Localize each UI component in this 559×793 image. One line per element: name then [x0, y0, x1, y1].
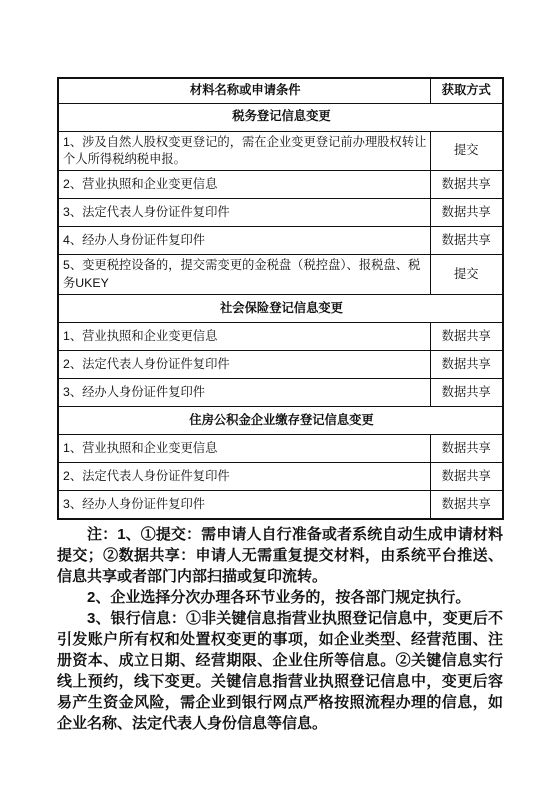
acquisition-method-cell: 提交: [430, 255, 503, 295]
section-title-row-social-insurance: 社会保险登记信息变更: [58, 295, 503, 323]
table-row: 1、营业执照和企业变更信息 数据共享: [58, 435, 503, 463]
acquisition-method-cell: 提交: [430, 131, 503, 171]
section-title-tax: 税务登记信息变更: [58, 103, 503, 131]
material-name-cell: 2、营业执照和企业变更信息: [58, 171, 430, 199]
acquisition-method-cell: 数据共享: [430, 199, 503, 227]
material-name-cell: 5、变更税控设备的，提交需变更的金税盘（税控盘）、报税盘、税务UKEY: [58, 255, 430, 295]
column-header-material-name: 材料名称或申请条件: [58, 78, 430, 103]
note-paragraph-1: 注：1、①提交：需申请人自行准备或者系统自动生成申请材料提交；②数据共享：申请人…: [57, 524, 503, 587]
material-name-cell: 3、经办人身份证件复印件: [58, 379, 430, 407]
material-name-cell: 2、法定代表人身份证件复印件: [58, 351, 430, 379]
section-title-social-insurance: 社会保险登记信息变更: [58, 295, 503, 323]
section-title-housing-fund: 住房公积金企业缴存登记信息变更: [58, 407, 503, 435]
table-row: 2、法定代表人身份证件复印件 数据共享: [58, 351, 503, 379]
notes-block: 注：1、①提交：需申请人自行准备或者系统自动生成申请材料提交；②数据共享：申请人…: [57, 524, 503, 734]
material-name-cell: 2、法定代表人身份证件复印件: [58, 463, 430, 491]
acquisition-method-cell: 数据共享: [430, 463, 503, 491]
note-paragraph-2: 2、企业选择分次办理各环节业务的，按各部门规定执行。: [57, 587, 503, 608]
table-row: 2、营业执照和企业变更信息 数据共享: [58, 171, 503, 199]
acquisition-method-cell: 数据共享: [430, 491, 503, 519]
material-name-cell: 3、经办人身份证件复印件: [58, 491, 430, 519]
note-paragraph-3: 3、银行信息：①非关键信息指营业执照登记信息中，变更后不引发账户所有权和处置权变…: [57, 608, 503, 734]
acquisition-method-cell: 数据共享: [430, 351, 503, 379]
table-row: 5、变更税控设备的，提交需变更的金税盘（税控盘）、报税盘、税务UKEY 提交: [58, 255, 503, 295]
acquisition-method-cell: 数据共享: [430, 379, 503, 407]
table-header-row: 材料名称或申请条件 获取方式: [58, 78, 503, 103]
material-name-cell: 1、营业执照和企业变更信息: [58, 323, 430, 351]
table-row: 1、营业执照和企业变更信息 数据共享: [58, 323, 503, 351]
acquisition-method-cell: 数据共享: [430, 323, 503, 351]
table-row: 3、法定代表人身份证件复印件 数据共享: [58, 199, 503, 227]
material-name-cell: 1、涉及自然人股权变更登记的，需在企业变更登记前办理股权转让个人所得税纳税申报。: [58, 131, 430, 171]
acquisition-method-cell: 数据共享: [430, 435, 503, 463]
material-name-cell: 4、经办人身份证件复印件: [58, 227, 430, 255]
table-row: 3、经办人身份证件复印件 数据共享: [58, 379, 503, 407]
materials-table: 材料名称或申请条件 获取方式 税务登记信息变更 1、涉及自然人股权变更登记的，需…: [57, 77, 504, 520]
column-header-acquisition-method: 获取方式: [430, 78, 503, 103]
table-row: 1、涉及自然人股权变更登记的，需在企业变更登记前办理股权转让个人所得税纳税申报。…: [58, 131, 503, 171]
material-name-cell: 3、法定代表人身份证件复印件: [58, 199, 430, 227]
acquisition-method-cell: 数据共享: [430, 227, 503, 255]
table-row: 3、经办人身份证件复印件 数据共享: [58, 491, 503, 519]
acquisition-method-cell: 数据共享: [430, 171, 503, 199]
section-title-row-housing-fund: 住房公积金企业缴存登记信息变更: [58, 407, 503, 435]
document-page: 材料名称或申请条件 获取方式 税务登记信息变更 1、涉及自然人股权变更登记的，需…: [0, 0, 559, 793]
section-title-row-tax: 税务登记信息变更: [58, 103, 503, 131]
table-row: 2、法定代表人身份证件复印件 数据共享: [58, 463, 503, 491]
table-row: 4、经办人身份证件复印件 数据共享: [58, 227, 503, 255]
material-name-cell: 1、营业执照和企业变更信息: [58, 435, 430, 463]
